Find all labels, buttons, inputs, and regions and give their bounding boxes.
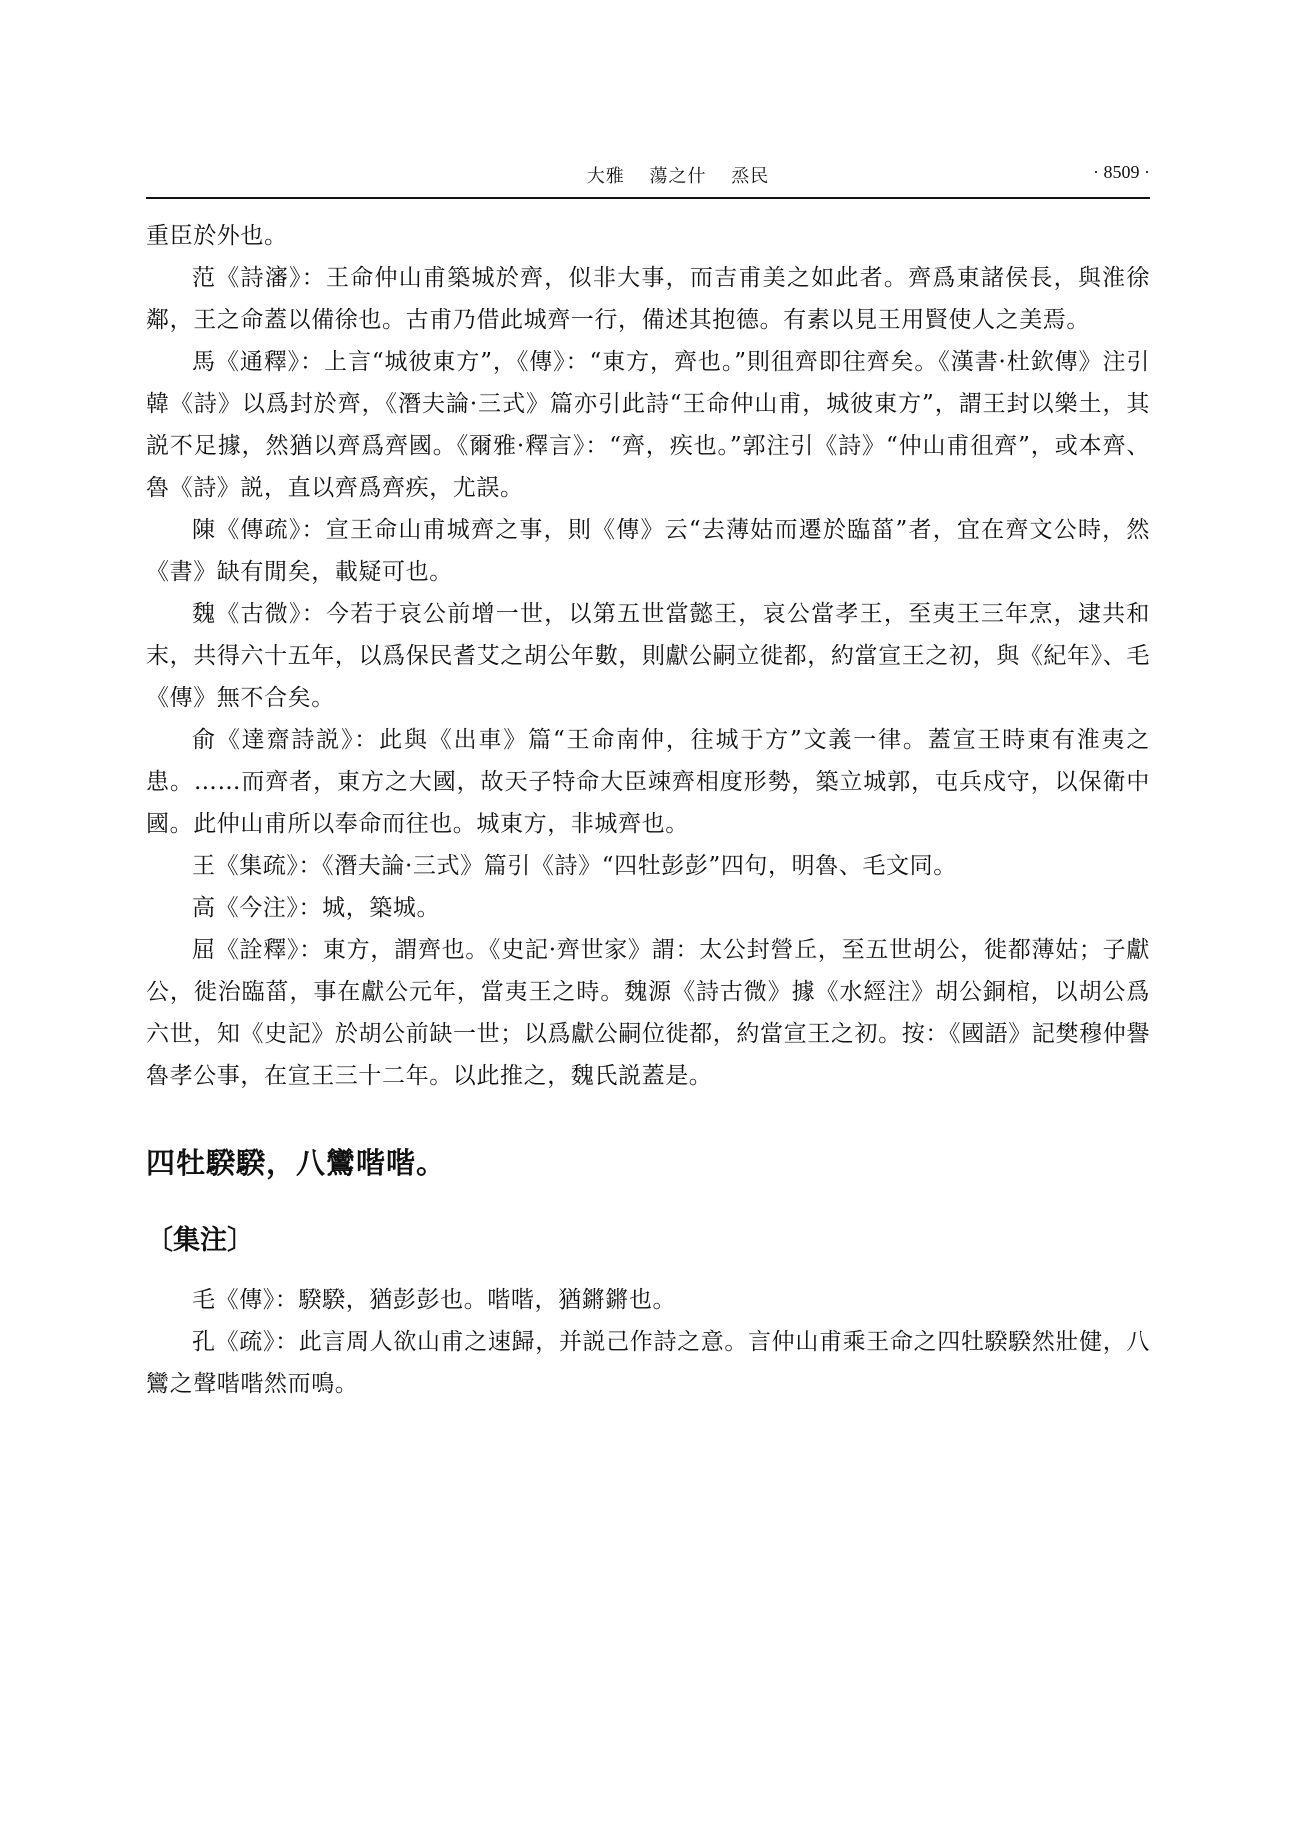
paragraph: 馬《通釋》：上言“城彼東方”，《傳》：“東方，齊也。”則徂齊即往齊矣。《漢書·杜… <box>146 341 1150 509</box>
running-title-part: 大雅 <box>587 166 625 187</box>
paragraph: 重臣於外也。 <box>146 215 1150 257</box>
paragraph: 孔《疏》：此言周人欲山甫之速歸，并説己作詩之意。言仲山甫乘王命之四牡騤騤然壯健，… <box>146 1321 1150 1405</box>
paragraph: 俞《達齋詩説》：此與《出車》篇“王命南仲，往城于方”文義一律。蓋宣王時東有淮夷之… <box>146 719 1150 845</box>
section-label: 〔集注〕 <box>146 1221 1150 1261</box>
page-header: 大雅 蕩之什 烝民 · 8509 · <box>146 160 1150 196</box>
paragraph: 魏《古微》：今若于哀公前增一世，以第五世當懿王，哀公當孝王，至夷王三年烹，逮共和… <box>146 593 1150 719</box>
paragraph: 屈《詮釋》：東方，謂齊也。《史記·齊世家》謂：太公封營丘，至五世胡公，徙都薄姑；… <box>146 929 1150 1097</box>
body-text: 重臣於外也。 范《詩瀋》：王命仲山甫築城於齊，似非大事，而吉甫美之如此者。齊爲東… <box>146 215 1150 1405</box>
document-page: 大雅 蕩之什 烝民 · 8509 · 重臣於外也。 范《詩瀋》：王命仲山甫築城於… <box>0 0 1300 1827</box>
header-rule <box>146 197 1150 199</box>
running-title: 大雅 蕩之什 烝民 <box>146 162 1150 188</box>
page-number: · 8509 · <box>1093 162 1150 183</box>
paragraph: 陳《傳疏》：宣王命山甫城齊之事，則《傳》云“去薄姑而遷於臨菑”者，宜在齊文公時，… <box>146 509 1150 593</box>
running-title-part: 烝民 <box>731 166 769 187</box>
paragraph: 毛《傳》：騤騤，猶彭彭也。喈喈，猶鏘鏘也。 <box>146 1279 1150 1321</box>
paragraph: 范《詩瀋》：王命仲山甫築城於齊，似非大事，而吉甫美之如此者。齊爲東諸侯長，與淮徐… <box>146 257 1150 341</box>
running-title-part: 蕩之什 <box>650 166 707 187</box>
verse-heading: 四牡騤騤，八鸞喈喈。 <box>146 1141 1150 1185</box>
paragraph: 王《集疏》：《潛夫論·三式》篇引《詩》“四牡彭彭”四句，明魯、毛文同。 <box>146 845 1150 887</box>
paragraph: 高《今注》：城，築城。 <box>146 887 1150 929</box>
